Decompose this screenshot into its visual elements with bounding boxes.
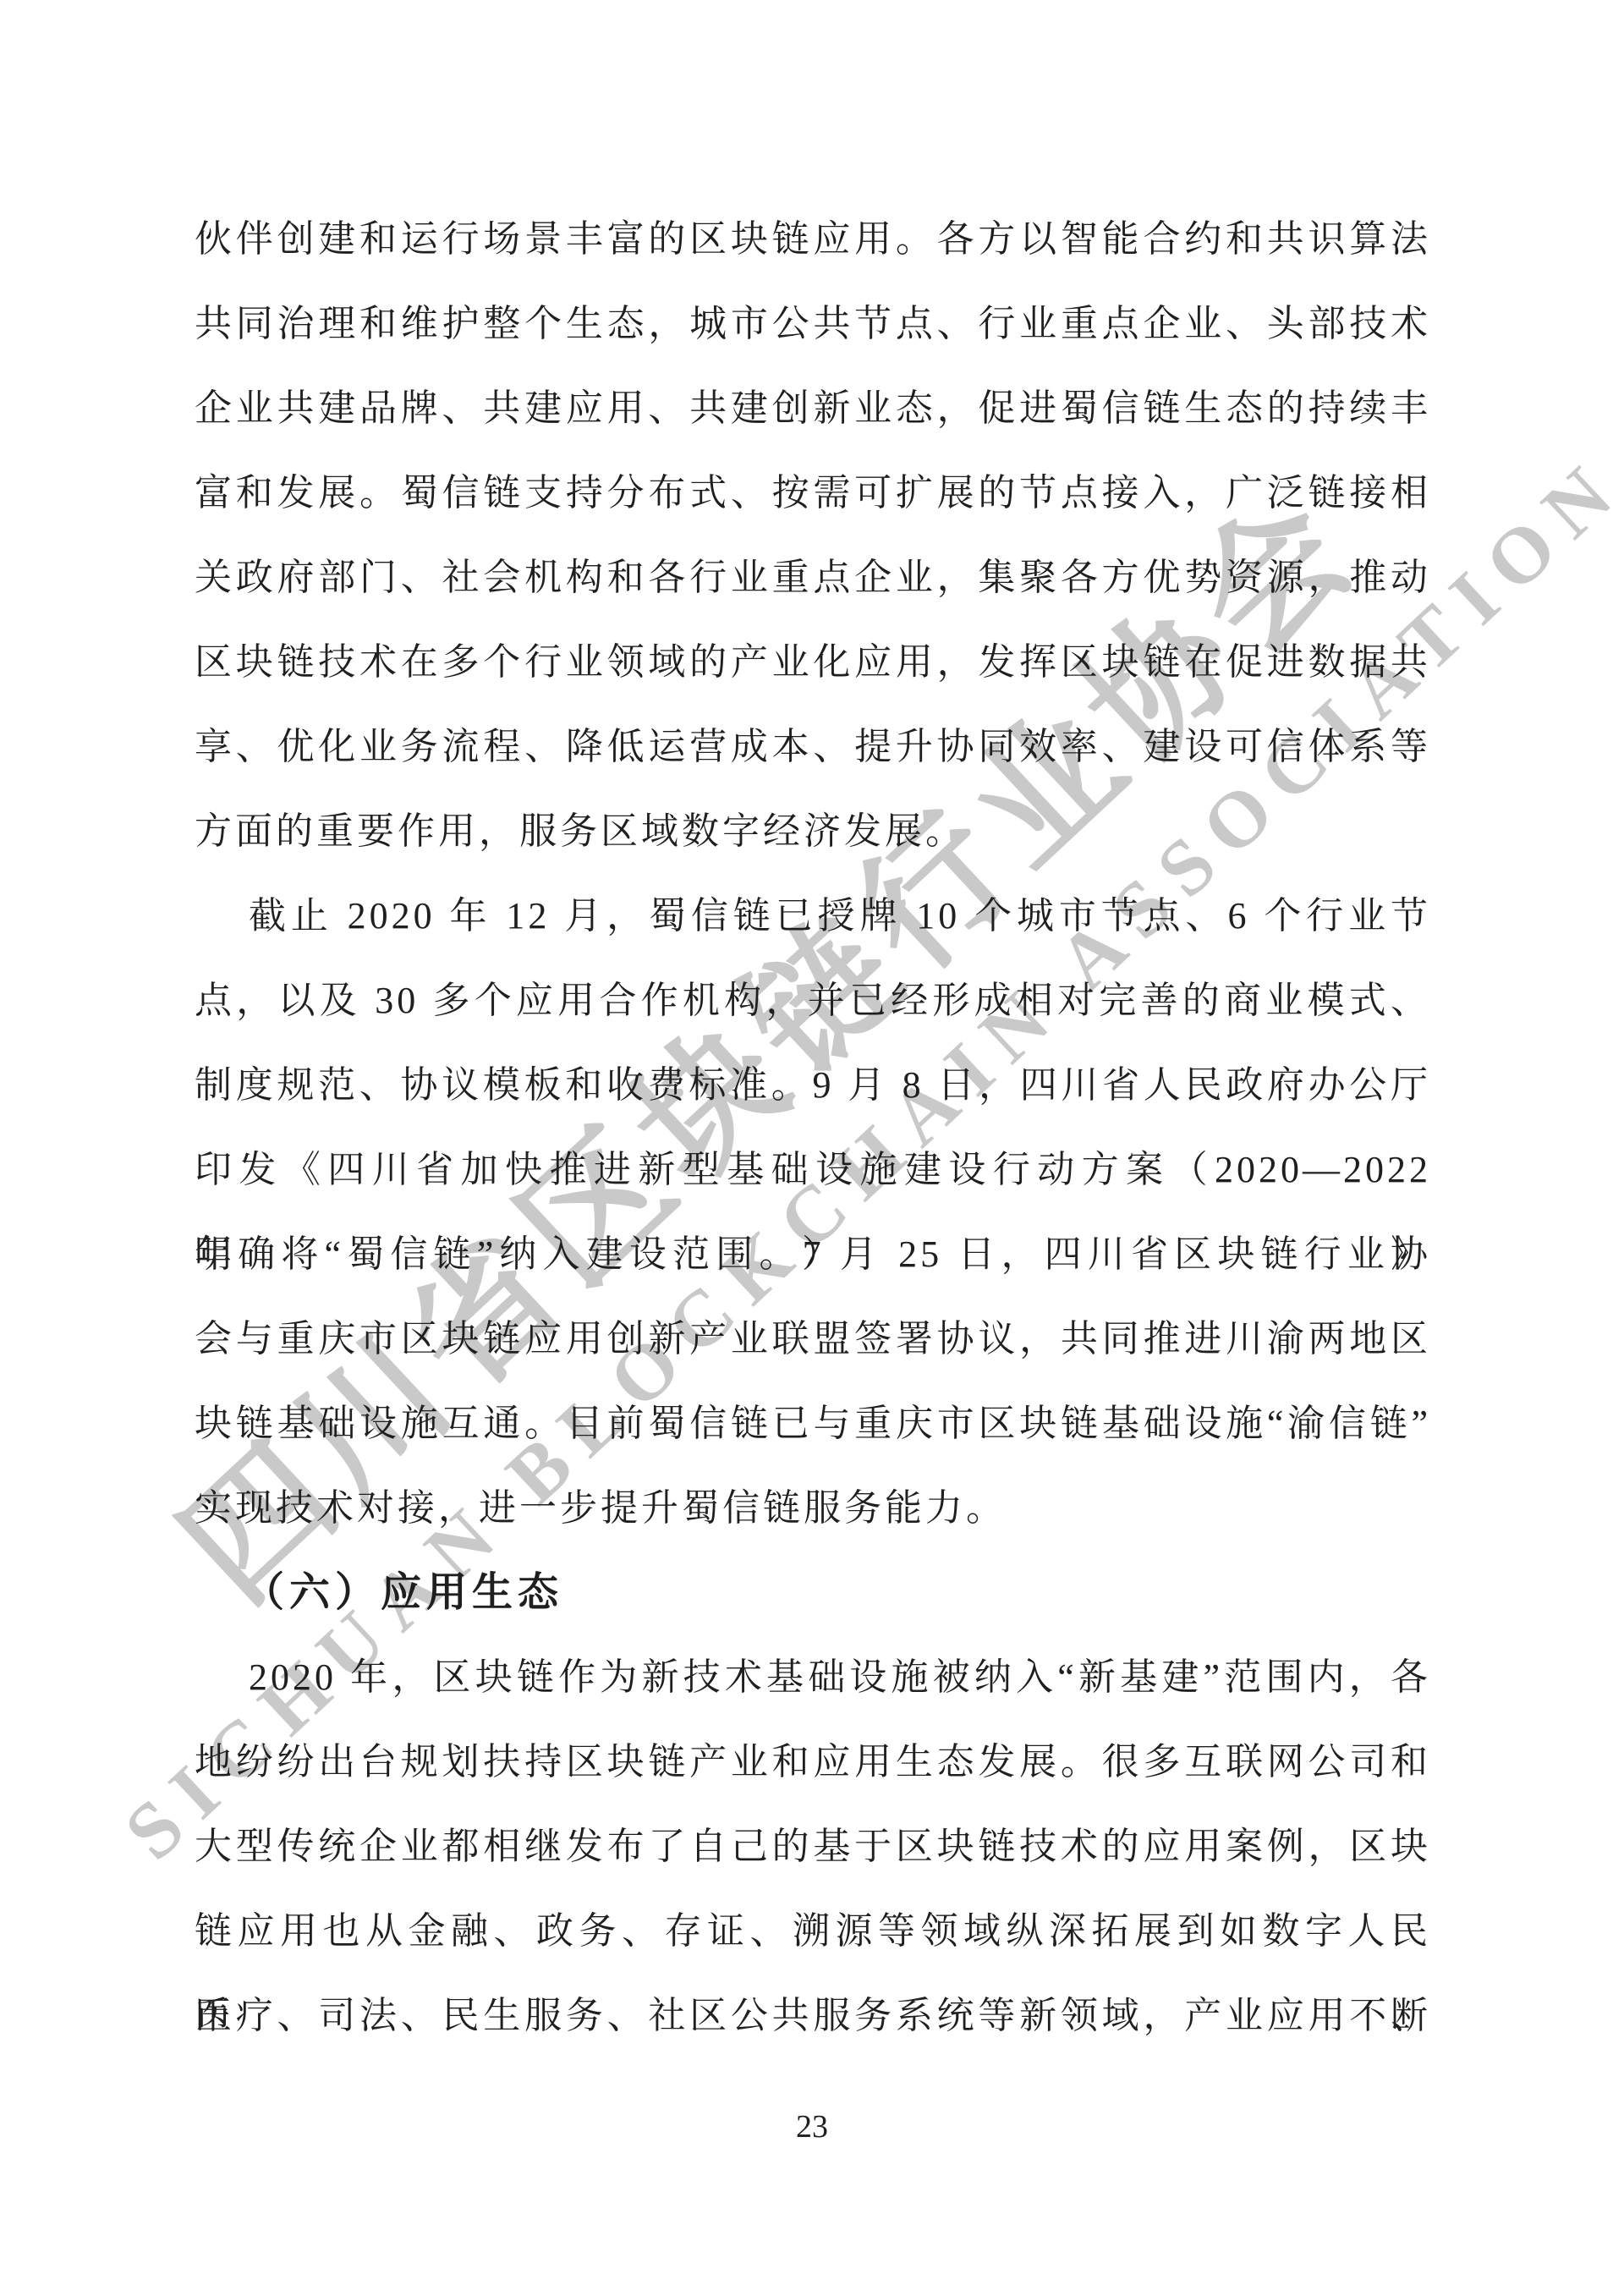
text-line: 印发《四川省加快推进新型基础设施建设行动方案（2020—2022 年）》 — [195, 1128, 1431, 1212]
text-line: 截止 2020 年 12 月，蜀信链已授牌 10 个城市节点、6 个行业节 — [195, 874, 1431, 958]
text-line: 共同治理和维护整个生态，城市公共节点、行业重点企业、头部技术 — [195, 282, 1431, 366]
text-line: 区块链技术在多个行业领域的产业化应用，发挥区块链在促进数据共 — [195, 620, 1431, 705]
section-heading: （六）应用生态 — [195, 1551, 1431, 1635]
text-line: 医疗、司法、民生服务、社区公共服务系统等新领域，产业应用不断 — [195, 1974, 1431, 2058]
text-line: 明确将“蜀信链”纳入建设范围。7 月 25 日，四川省区块链行业协 — [195, 1212, 1431, 1297]
text-line: 块链基础设施互通。目前蜀信链已与重庆市区块链基础设施“渝信链” — [195, 1381, 1431, 1466]
text-line: 会与重庆市区块链应用创新产业联盟签署协议，共同推进川渝两地区 — [195, 1297, 1431, 1381]
text-line: 方面的重要作用，服务区域数字经济发展。 — [195, 789, 1431, 874]
document-page: 四川省区块链行业协会 SICHUAN BLOCKCHAIN ASSOCIATIO… — [0, 0, 1624, 2296]
text-line: 地纷纷出台规划扶持区块链产业和应用生态发展。很多互联网公司和 — [195, 1720, 1431, 1804]
text-line: 企业共建品牌、共建应用、共建创新业态，促进蜀信链生态的持续丰 — [195, 366, 1431, 451]
document-body: 伙伴创建和运行场景丰富的区块链应用。各方以智能合约和共识算法 共同治理和维护整个… — [195, 197, 1431, 2058]
text-line: 享、优化业务流程、降低运营成本、提升协同效率、建设可信体系等 — [195, 705, 1431, 789]
text-line: 制度规范、协议模板和收费标准。9 月 8 日，四川省人民政府办公厅 — [195, 1043, 1431, 1128]
text-line: 2020 年，区块链作为新技术基础设施被纳入“新基建”范围内，各 — [195, 1635, 1431, 1720]
text-line: 链应用也从金融、政务、存证、溯源等领域纵深拓展到如数字人民币、 — [195, 1889, 1431, 1974]
text-line: 富和发展。蜀信链支持分布式、按需可扩展的节点接入，广泛链接相 — [195, 451, 1431, 536]
text-line: 关政府部门、社会机构和各行业重点企业，集聚各方优势资源，推动 — [195, 536, 1431, 620]
text-line: 实现技术对接，进一步提升蜀信链服务能力。 — [195, 1466, 1431, 1551]
text-line: 点，以及 30 多个应用合作机构，并已经形成相对完善的商业模式、 — [195, 958, 1431, 1043]
text-line: 大型传统企业都相继发布了自己的基于区块链技术的应用案例，区块 — [195, 1804, 1431, 1889]
page-number: 23 — [0, 2108, 1624, 2145]
text-line: 伙伴创建和运行场景丰富的区块链应用。各方以智能合约和共识算法 — [195, 197, 1431, 282]
